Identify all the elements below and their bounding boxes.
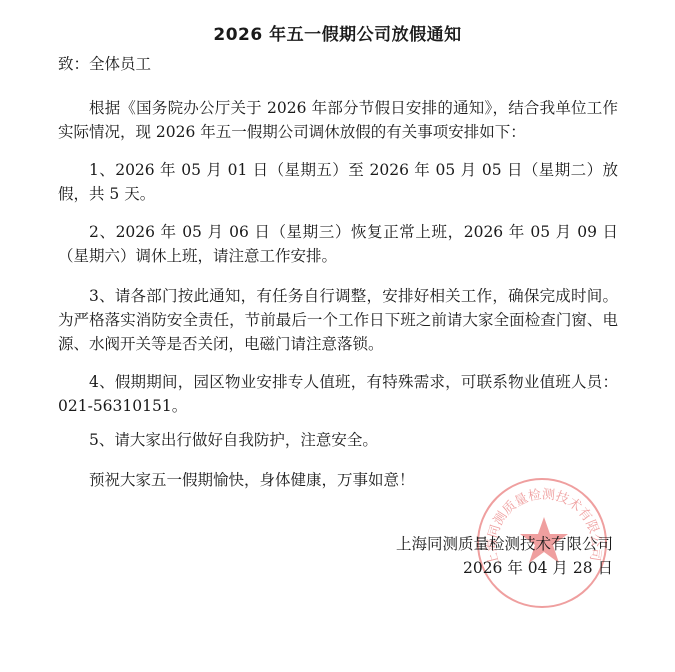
paragraph-item-1: 1、2026 年 05 月 01 日（星期五）至 2026 年 05 月 05 … [58, 158, 618, 206]
paragraph-item-5: 5、请大家出行做好自我防护，注意安全。 [58, 428, 618, 452]
paragraph-item-4: 4、假期期间，园区物业安排专人值班，有特殊需求，可联系物业值班人员：021-56… [58, 370, 618, 418]
paragraph-item-3: 3、请各部门按此通知，有任务自行调整，安排好相关工作，确保完成时间。为严格落实消… [58, 284, 618, 356]
paragraph-intro: 根据《国务院办公厅关于 2026 年部分节假日安排的通知》，结合我单位工作实际情… [58, 96, 618, 144]
paragraph-item-2: 2、2026 年 05 月 06 日（星期三）恢复正常上班，2026 年 05 … [58, 220, 618, 268]
document-title: 2026 年五一假期公司放假通知 [0, 20, 675, 45]
signature-date: 2026 年 04 月 28 日 [463, 556, 613, 580]
signature-company: 上海同测质量检测技术有限公司 [396, 532, 613, 556]
salutation: 致：全体员工 [58, 52, 151, 76]
